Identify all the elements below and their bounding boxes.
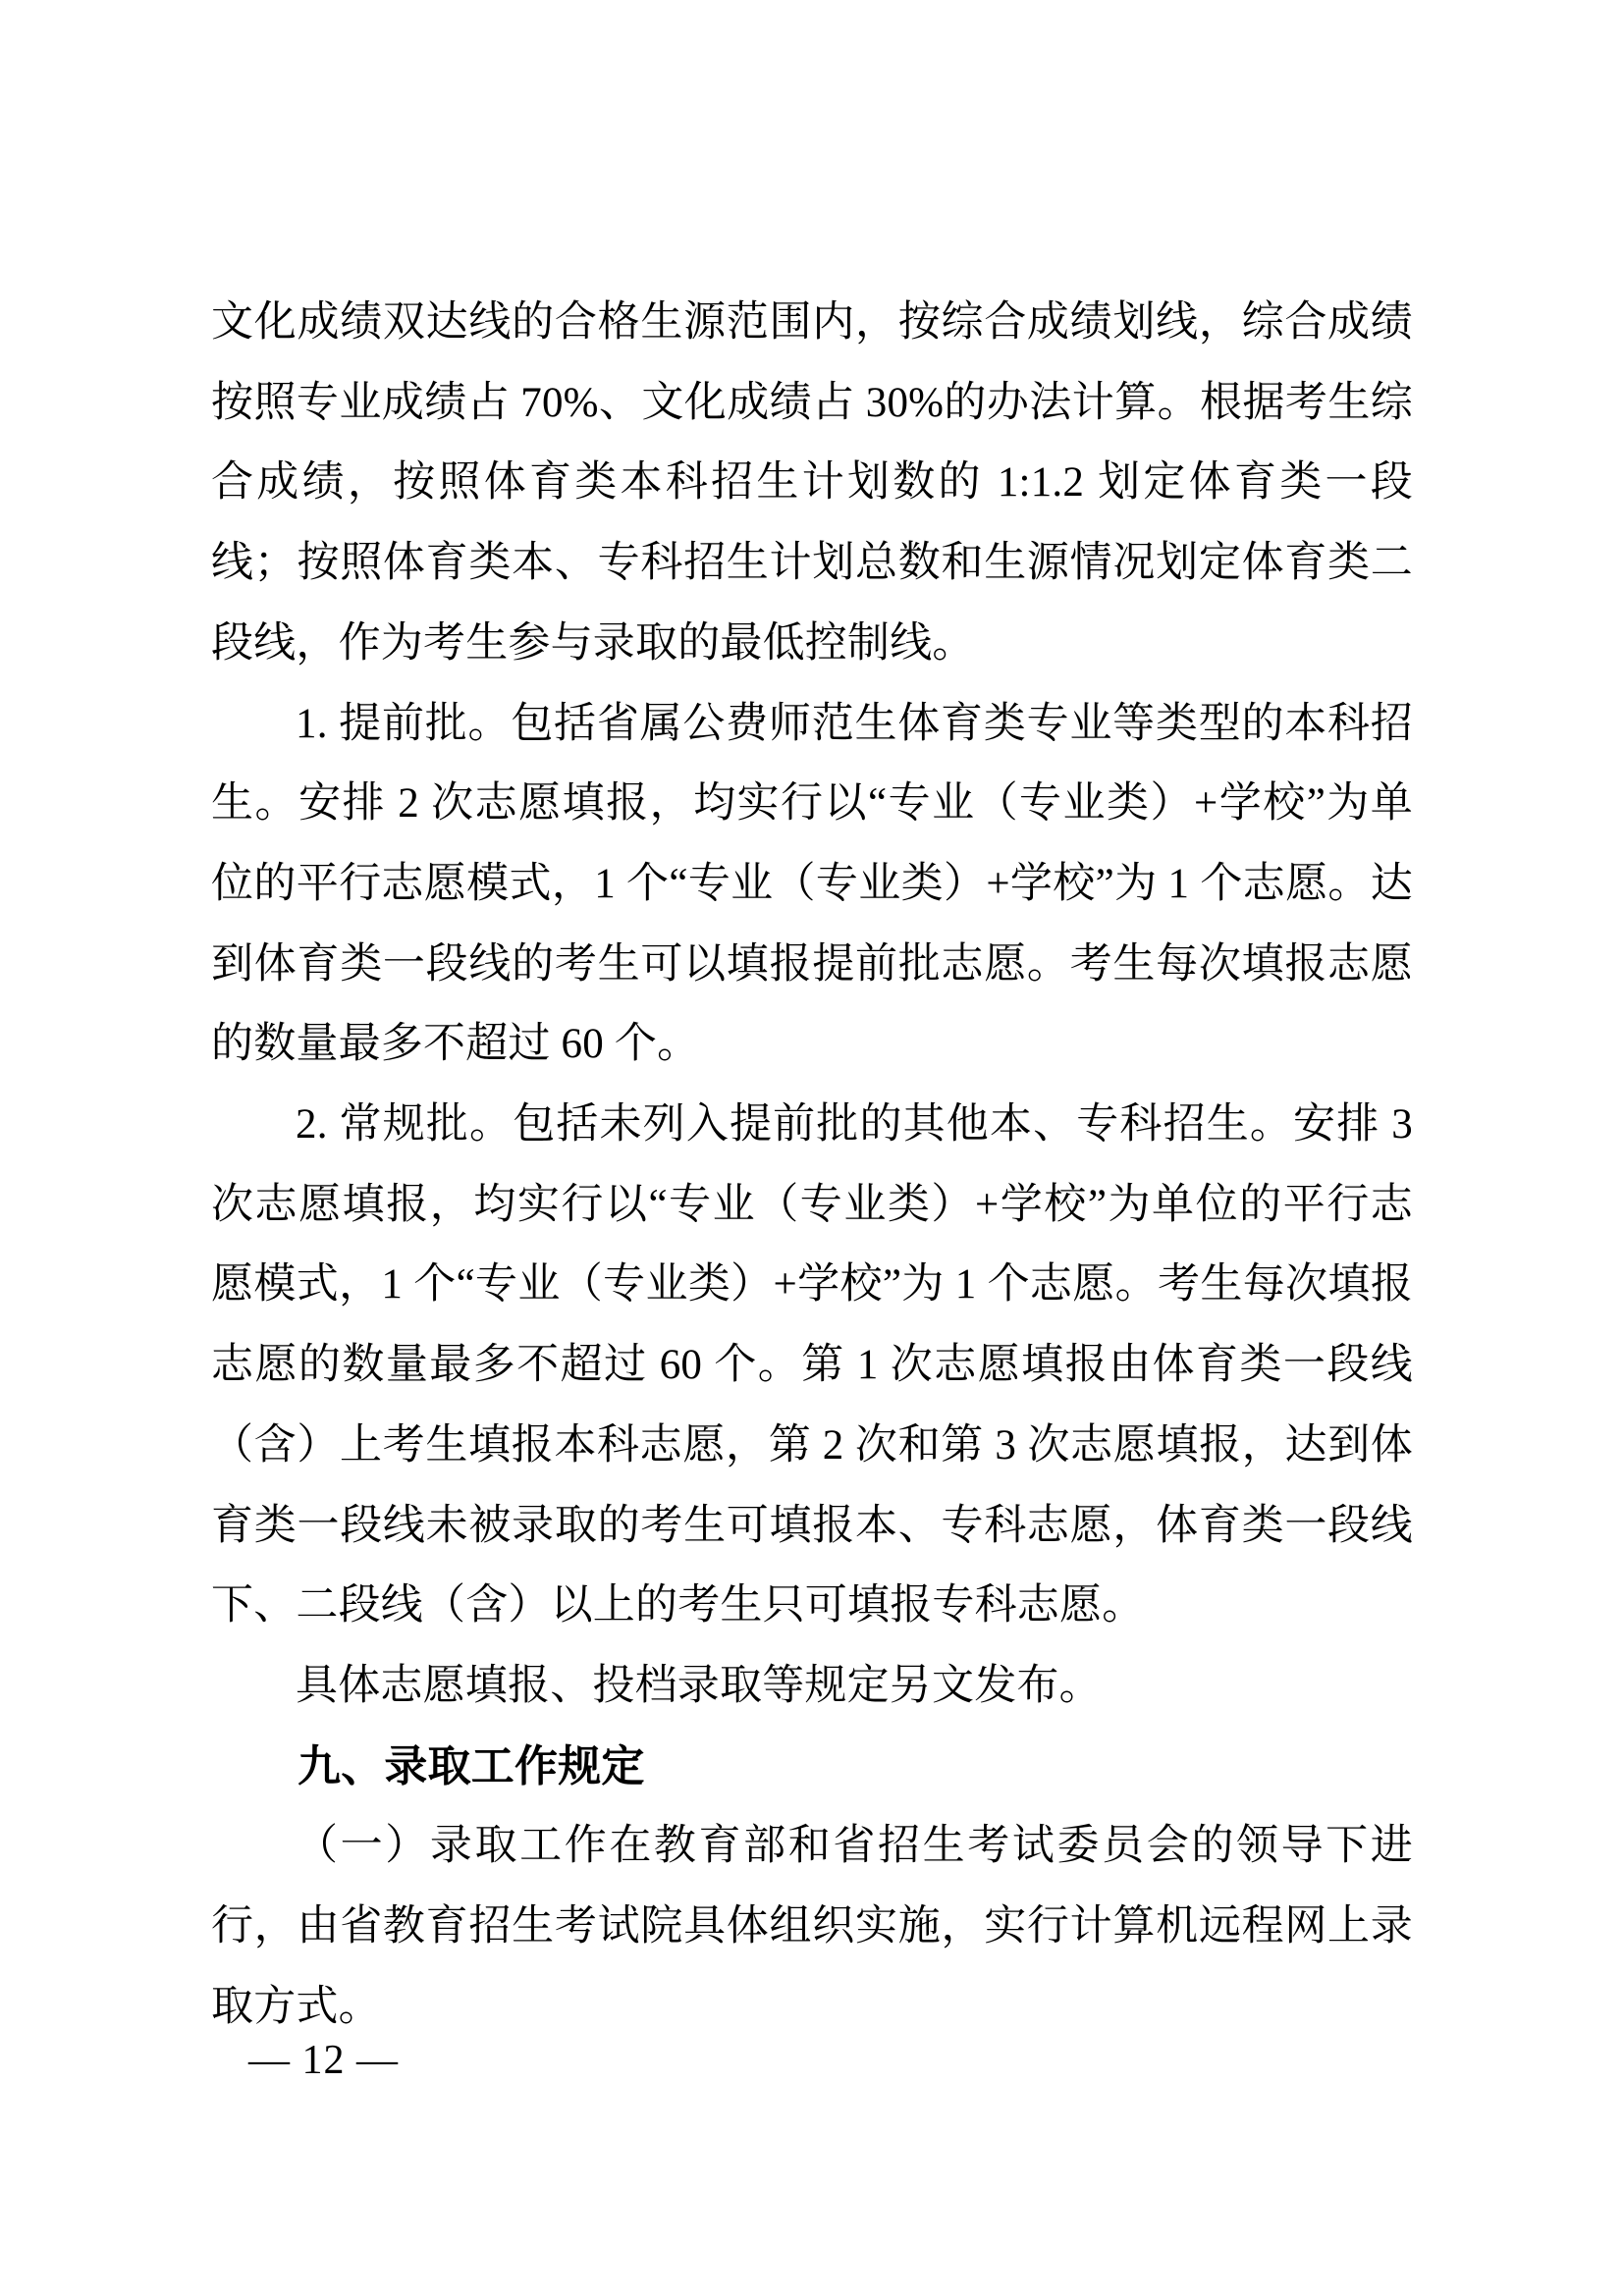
paragraph-advance-batch: 1. 提前批。包括省属公费师范生体育类专业等类型的本科招生。安排 2 次志愿填报… (211, 684, 1413, 1086)
paragraph-regular-batch: 2. 常规批。包括未列入提前批的其他本、专科招生。安排 3 次志愿填报，均实行以… (211, 1085, 1413, 1646)
document-body: 文化成绩双达线的合格生源范围内，按综合成绩划线，综合成绩按照专业成绩占 70%、… (211, 283, 1413, 2047)
section-heading-admission-rules: 九、录取工作规定 (211, 1727, 1413, 1807)
paragraph-continuation-comprehensive-score: 文化成绩双达线的合格生源范围内，按综合成绩划线，综合成绩按照专业成绩占 70%、… (211, 283, 1413, 684)
paragraph-other-provisions: 具体志愿填报、投档录取等规定另文发布。 (211, 1646, 1413, 1727)
paragraph-admission-leadership: （一）录取工作在教育部和省招生考试委员会的领导下进行，由省教育招生考试院具体组织… (211, 1806, 1413, 2047)
page-number: — 12 — (248, 2038, 399, 2083)
document-page: 文化成绩双达线的合格生源范围内，按综合成绩划线，综合成绩按照专业成绩占 70%、… (0, 0, 1623, 2296)
